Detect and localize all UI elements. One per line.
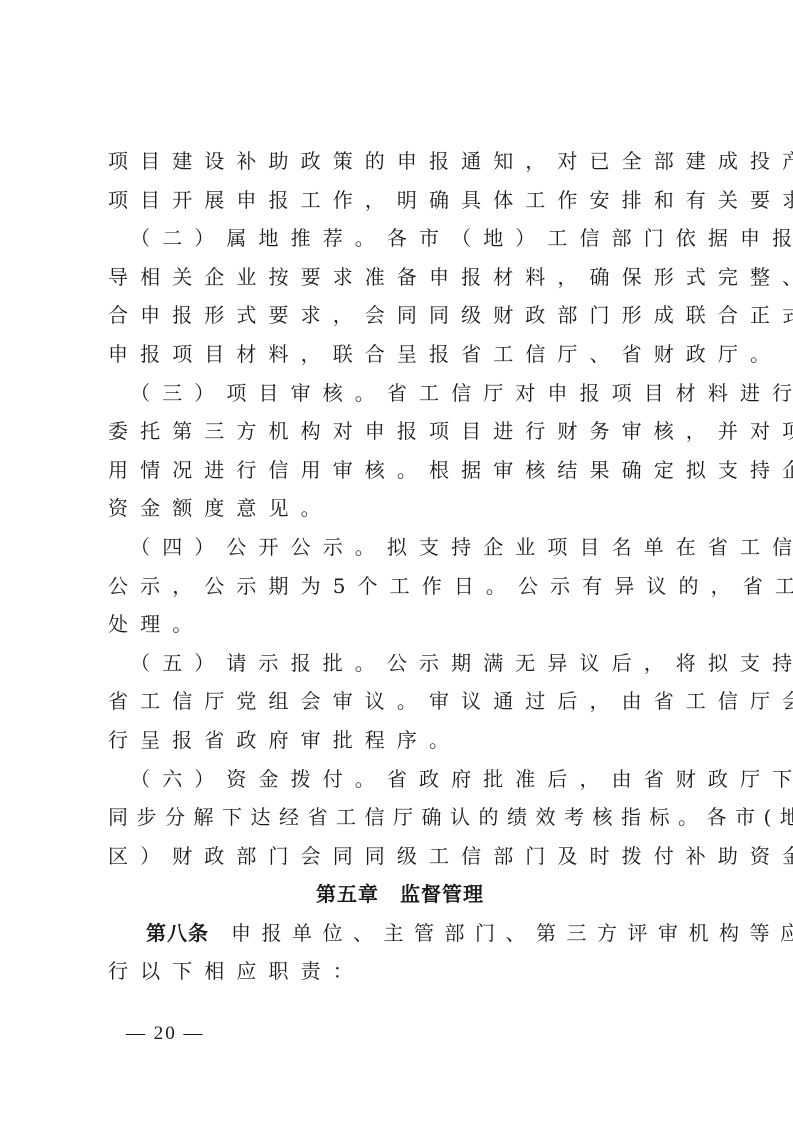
document-body: 项目建设补助政策的申报通知，对已全部建成投产或分期投产的 项目开展申报工作，明确… [108,142,692,991]
text-line: 申报项目材料，联合呈报省工信厅、省财政厅。 [108,335,692,374]
paragraph-item-4-start: （四）公开公示。拟支持企业项目名单在省工信厅网站向社会 [108,528,692,567]
article-text: 申报单位、主管部门、第三方评审机构等应分别履 [231,921,793,945]
paragraph-item-5-start: （五）请示报批。公示期满无异议后，将拟支持企业名单提报 [108,644,692,683]
paragraph-item-3-start: （三）项目审核。省工信厅对申报项目材料进行完整性审核， [108,374,692,413]
page-number: — 20 — [126,1023,205,1045]
article-label: 第八条 [146,921,209,945]
paragraph-item-6-start: （六）资金拨付。省政府批准后，由省财政厅下达补助资金， [108,760,692,799]
chapter-heading: 第五章 监督管理 [108,875,692,914]
text-line: 项目建设补助政策的申报通知，对已全部建成投产或分期投产的 [108,142,692,181]
text-line: 委托第三方机构对申报项目进行财务审核，并对项目建设单位信 [108,412,692,451]
text-line: 合申报形式要求，会同同级财政部门形成联合正式推荐文件并附 [108,296,692,335]
article-8-line: 第八条申报单位、主管部门、第三方评审机构等应分别履 [108,914,692,953]
text-line: 用情况进行信用审核。根据审核结果确定拟支持企业项目名单和 [108,451,692,490]
text-line: 项目开展申报工作，明确具体工作安排和有关要求。 [108,181,692,220]
text-line: 行以下相应职责： [108,952,692,991]
text-line: 省工信厅党组会审议。审议通过后，由省工信厅会同省财政厅履 [108,682,692,721]
text-line: 行呈报省政府审批程序。 [108,721,692,760]
text-line: 处理。 [108,605,692,644]
text-line: 同步分解下达经省工信厅确认的绩效考核指标。各市(地)、县(市、 [108,798,692,837]
text-line: 公示，公示期为5个工作日。公示有异议的，省工信厅及时核实 [108,567,692,606]
paragraph-item-2-start: （二）属地推荐。各市（地）工信部门依据申报通知要求，指 [108,219,692,258]
text-line: 资金额度意见。 [108,489,692,528]
text-line: 导相关企业按要求准备申报材料，确保形式完整、内容真实、符 [108,258,692,297]
document-page: 项目建设补助政策的申报通知，对已全部建成投产或分期投产的 项目开展申报工作，明确… [0,0,793,1122]
text-line: 区）财政部门会同同级工信部门及时拨付补助资金。 [108,837,692,876]
